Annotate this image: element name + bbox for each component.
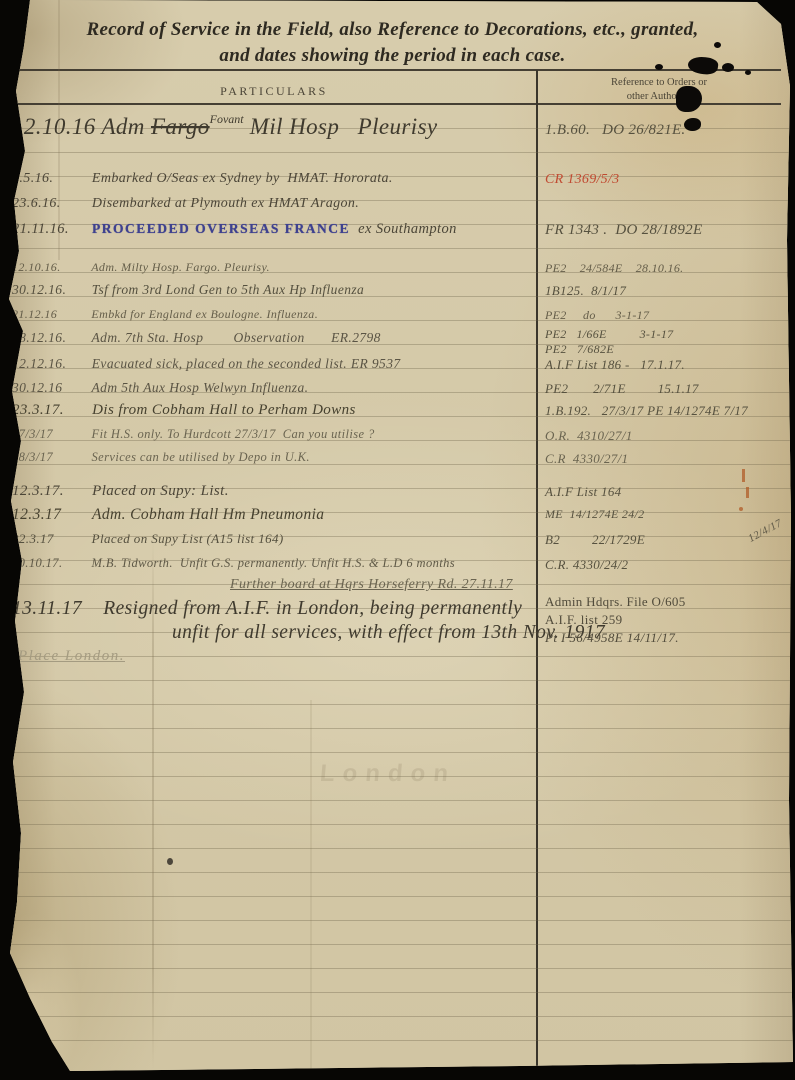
entry-struck-word: Fargo xyxy=(151,114,210,139)
page-title-line1: Record of Service in the Field, also Ref… xyxy=(45,17,740,43)
entry-date: 22.3.17 xyxy=(12,531,88,547)
service-entry: 21.12.16 Embkd for England ex Boulogne. … xyxy=(12,307,534,322)
entry-reference: O.R. 4310/27/1 xyxy=(545,428,795,444)
service-entry: 2.5.16. Embarked O/Seas ex Sydney by HMA… xyxy=(12,171,534,187)
place-note: Place London. xyxy=(18,648,125,665)
entry-reference: 1.B.60. DO 26/821E. xyxy=(545,122,795,139)
entry-date: 28/3/17 xyxy=(12,450,88,465)
overseas-stamp: PROCEEDED OVERSEAS FRANCE xyxy=(92,221,350,236)
ink-blot xyxy=(745,70,751,75)
entry-date: 12.12.16. xyxy=(12,356,88,372)
entry-particulars: Tsf from 3rd Lond Gen to 5th Aux Hp Infl… xyxy=(92,282,364,297)
entry-particulars: Embarked O/Seas ex Sydney by HMAT. Horor… xyxy=(92,171,393,186)
entry-reference: C.R. 4330/24/2 xyxy=(545,557,795,573)
entry-reference: A.I.F List 164 xyxy=(545,484,795,500)
entry-particulars: Resigned from A.I.F. in London, being pe… xyxy=(103,598,522,619)
ink-speck xyxy=(167,858,173,865)
entry-reference-line2: A.I.F. list 259 xyxy=(545,612,795,628)
entry-reference: FR 1343 . DO 28/1892E xyxy=(545,222,795,239)
entry-particulars-line2: unfit for all services, with effect from… xyxy=(172,622,534,644)
page-title: Record of Service in the Field, also Ref… xyxy=(45,17,740,68)
column-header-reference: Reference to Orders or other Authority xyxy=(545,76,773,103)
entry-particulars: Adm. Milty Hosp. Fargo. Pleurisy. xyxy=(91,260,270,274)
entry-date: 23.3.17. xyxy=(12,402,88,419)
service-entry: 22.3.17 Placed on Supy List (A15 list 16… xyxy=(12,531,534,547)
entry-date: 30.12.16 xyxy=(12,380,88,396)
entry-date: 13.11.17 xyxy=(12,598,98,620)
service-entry: 12.12.16. Evacuated sick, placed on the … xyxy=(12,356,534,372)
entry-date: 12.3.17 xyxy=(12,506,88,524)
entry-reference: 1B125. 8/1/17 xyxy=(545,283,795,299)
service-entry: 23.3.17. Dis from Cobham Hall to Perham … xyxy=(12,402,534,419)
entry-particulars: Mil Hosp Pleurisy xyxy=(244,114,438,139)
entry-particulars: Adm. 7th Sta. Hosp Observation ER.2798 xyxy=(92,330,381,345)
ink-blot xyxy=(722,63,734,72)
entry-reference: C.R 4330/27/1 xyxy=(545,451,795,467)
page-title-line2: and dates showing the period in each cas… xyxy=(45,43,740,69)
service-entry: 12.10.16. Adm. Milty Hosp. Fargo. Pleuri… xyxy=(12,260,534,275)
service-record-page: Record of Service in the Field, also Ref… xyxy=(0,0,795,1080)
service-entry: Further board at Hqrs Horseferry Rd. 27.… xyxy=(230,577,752,593)
service-entry: 12.3.17. Placed on Supy: List. A.I.F Lis… xyxy=(12,483,534,500)
entry-particulars: Disembarked at Plymouth ex HMAT Aragon. xyxy=(92,196,359,211)
rust-stain xyxy=(739,507,743,511)
crease xyxy=(310,700,312,1070)
entry-reference: A.I.F List 186 - 17.1.17. xyxy=(545,357,795,373)
service-entry: 21.11.16. PROCEEDED OVERSEAS FRANCE ex S… xyxy=(12,221,534,238)
entry-reference: ME 14/1274E 24/2 xyxy=(545,507,795,522)
entry-reference: Admin Hdqrs. File O/605 xyxy=(545,594,795,610)
entry-particulars: M.B. Tidworth. Unfit G.S. permanently. U… xyxy=(92,556,456,570)
column-divider xyxy=(536,70,538,1066)
entry-particulars: Embkd for England ex Boulogne. Influenza… xyxy=(91,307,318,321)
entry-particulars: Adm 5th Aux Hosp Welwyn Influenza. xyxy=(92,380,309,395)
entry-date: 23.6.16. xyxy=(12,196,88,212)
column-header-reference-line1: Reference to Orders or xyxy=(545,76,773,90)
entry-particulars: Placed on Supy List (A15 list 164) xyxy=(92,531,284,546)
ink-blot xyxy=(676,86,702,112)
ink-blot xyxy=(655,64,663,70)
entry-reference: 1.B.192. 27/3/17 PE 14/1274E 7/17 xyxy=(545,403,795,419)
service-entry: 12.10.16 Adm FargoFovant Mil Hosp Pleuri… xyxy=(12,114,534,140)
service-entry: 27/3/17 Fit H.S. only. To Hurdcott 27/3/… xyxy=(12,427,534,442)
entry-date: 12.10.16 xyxy=(12,114,96,140)
service-entry: 12.3.17 Adm. Cobham Hall Hm Pneumonia ME… xyxy=(12,506,534,524)
entry-reference: PE2 24/584E 28.10.16. xyxy=(545,261,795,276)
entry-particulars: Adm. Cobham Hall Hm Pneumonia xyxy=(92,506,324,523)
ghost-show-through: London xyxy=(319,760,457,788)
entry-date: 27/3/17 xyxy=(12,427,88,442)
service-entry: 20.10.17. M.B. Tidworth. Unfit G.S. perm… xyxy=(12,556,534,571)
entry-date: 18.12.16. xyxy=(12,330,88,346)
entry-reference: PE2 do 3-1-17 xyxy=(545,308,795,323)
entry-particulars: Services can be utilised by Depo in U.K. xyxy=(92,450,310,464)
entry-reference-line3: Pt I 56/4958E 14/11/17. xyxy=(545,630,795,646)
entry-particulars: ex Southampton xyxy=(354,221,457,237)
service-entry: 28/3/17 Services can be utilised by Depo… xyxy=(12,450,534,465)
entry-date: 21.12.16 xyxy=(12,307,88,322)
entry-date: 20.10.17. xyxy=(12,556,88,571)
ink-blot xyxy=(714,42,721,48)
entry-reference: PE2 1/66E 3-1-17 xyxy=(545,327,795,342)
entry-particulars: Adm xyxy=(101,114,151,139)
entry-date: 30.12.16. xyxy=(12,282,88,298)
entry-reference: PE2 2/71E 15.1.17 xyxy=(545,381,795,397)
ink-blot xyxy=(684,118,701,131)
entry-date: 21.11.16. xyxy=(12,221,88,238)
entry-reference: CR 1369/5/3 xyxy=(545,172,795,188)
column-header-reference-line2: other Authority xyxy=(545,90,773,104)
rust-stain xyxy=(746,487,749,498)
entry-particulars: Dis from Cobham Hall to Perham Downs xyxy=(92,402,356,418)
header-rule-top xyxy=(4,69,781,71)
entry-particulars: Fit H.S. only. To Hurdcott 27/3/17 Can y… xyxy=(92,427,375,441)
service-entry: 30.12.16 Adm 5th Aux Hosp Welwyn Influen… xyxy=(12,380,534,396)
entry-date: 12.3.17. xyxy=(12,483,88,500)
service-entry: 18.12.16. Adm. 7th Sta. Hosp Observation… xyxy=(12,330,534,346)
entry-reference-line2: PE2 7/682E xyxy=(545,342,795,357)
entry-particulars: Further board at Hqrs Horseferry Rd. 27.… xyxy=(230,577,513,592)
service-entry: 23.6.16. Disembarked at Plymouth ex HMAT… xyxy=(12,196,534,212)
entry-particulars: Evacuated sick, placed on the seconded l… xyxy=(92,356,401,371)
header-rule-bottom xyxy=(4,103,781,105)
service-entry: 30.12.16. Tsf from 3rd Lond Gen to 5th A… xyxy=(12,282,534,298)
entry-date: 2.5.16. xyxy=(12,171,88,187)
entry-date: 12.10.16. xyxy=(12,260,88,275)
entry-particulars: Placed on Supy: List. xyxy=(92,483,229,499)
rust-stain xyxy=(742,469,745,482)
entry-inserted-word: Fovant xyxy=(210,112,244,126)
service-entry: 13.11.17 Resigned from A.I.F. in London,… xyxy=(12,598,534,644)
column-header-particulars: PARTICULARS xyxy=(12,84,536,99)
